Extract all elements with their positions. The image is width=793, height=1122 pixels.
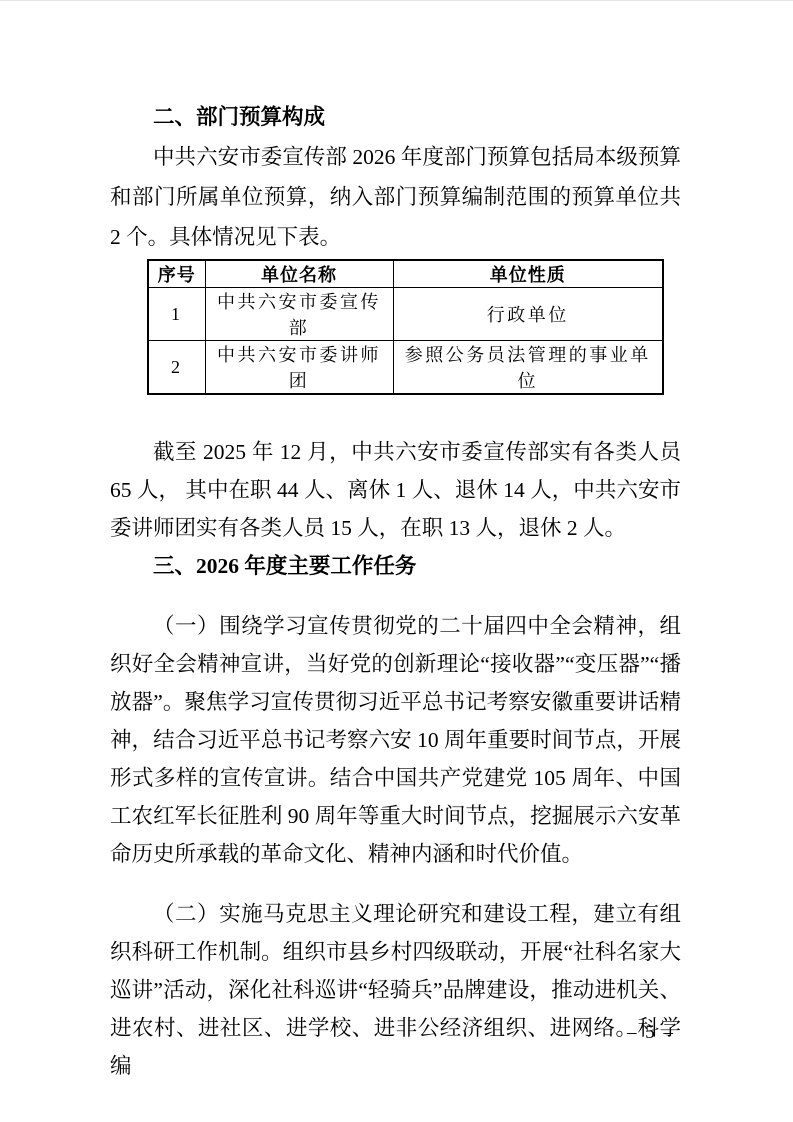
table-header-seq: 序号 [148,260,205,288]
table-cell-seq: 1 [148,288,205,341]
budget-intro-paragraph: 中共六安市委宣传部 2026 年度部门预算包括局本级预算和部门所属单位预算，纳入… [110,137,681,257]
table-row: 1 中共六安市委宣传部 行政单位 [148,288,663,341]
budget-units-table: 序号 单位名称 单位性质 1 中共六安市委宣传部 行政单位 2 中共六安市委讲师… [147,259,664,395]
table-row: 2 中共六安市委讲师团 参照公务员法管理的事业单位 [148,341,663,395]
table-cell-name: 中共六安市委讲师团 [205,341,393,395]
section-heading-budget-composition: 二、部门预算构成 [110,97,681,137]
table-cell-type: 参照公务员法管理的事业单位 [393,341,663,395]
table-cell-type: 行政单位 [393,288,663,341]
table-cell-seq: 2 [148,341,205,395]
table-cell-name: 中共六安市委宣传部 [205,288,393,341]
task-paragraph-1: （一）围绕学习宣传贯彻党的二十届四中全会精神，组织好全会精神宣讲，当好党的创新理… [110,607,681,873]
table-header-name: 单位名称 [205,260,393,288]
section-heading-main-tasks: 三、2026 年度主要工作任务 [110,547,681,585]
document-page: 二、部门预算构成 中共六安市委宣传部 2026 年度部门预算包括局本级预算和部门… [0,0,793,1122]
document-content: 二、部门预算构成 中共六安市委宣传部 2026 年度部门预算包括局本级预算和部门… [0,1,793,1085]
table-header-type: 单位性质 [393,260,663,288]
page-number: – 5 – [627,1022,675,1044]
staffing-paragraph: 截至 2025 年 12 月，中共六安市委宣传部实有各类人员 65 人， 其中在… [110,433,681,547]
table-header-row: 序号 单位名称 单位性质 [148,260,663,288]
task-paragraph-2: （二）实施马克思主义理论研究和建设工程，建立有组织科研工作机制。组织市县乡村四级… [110,895,681,1085]
